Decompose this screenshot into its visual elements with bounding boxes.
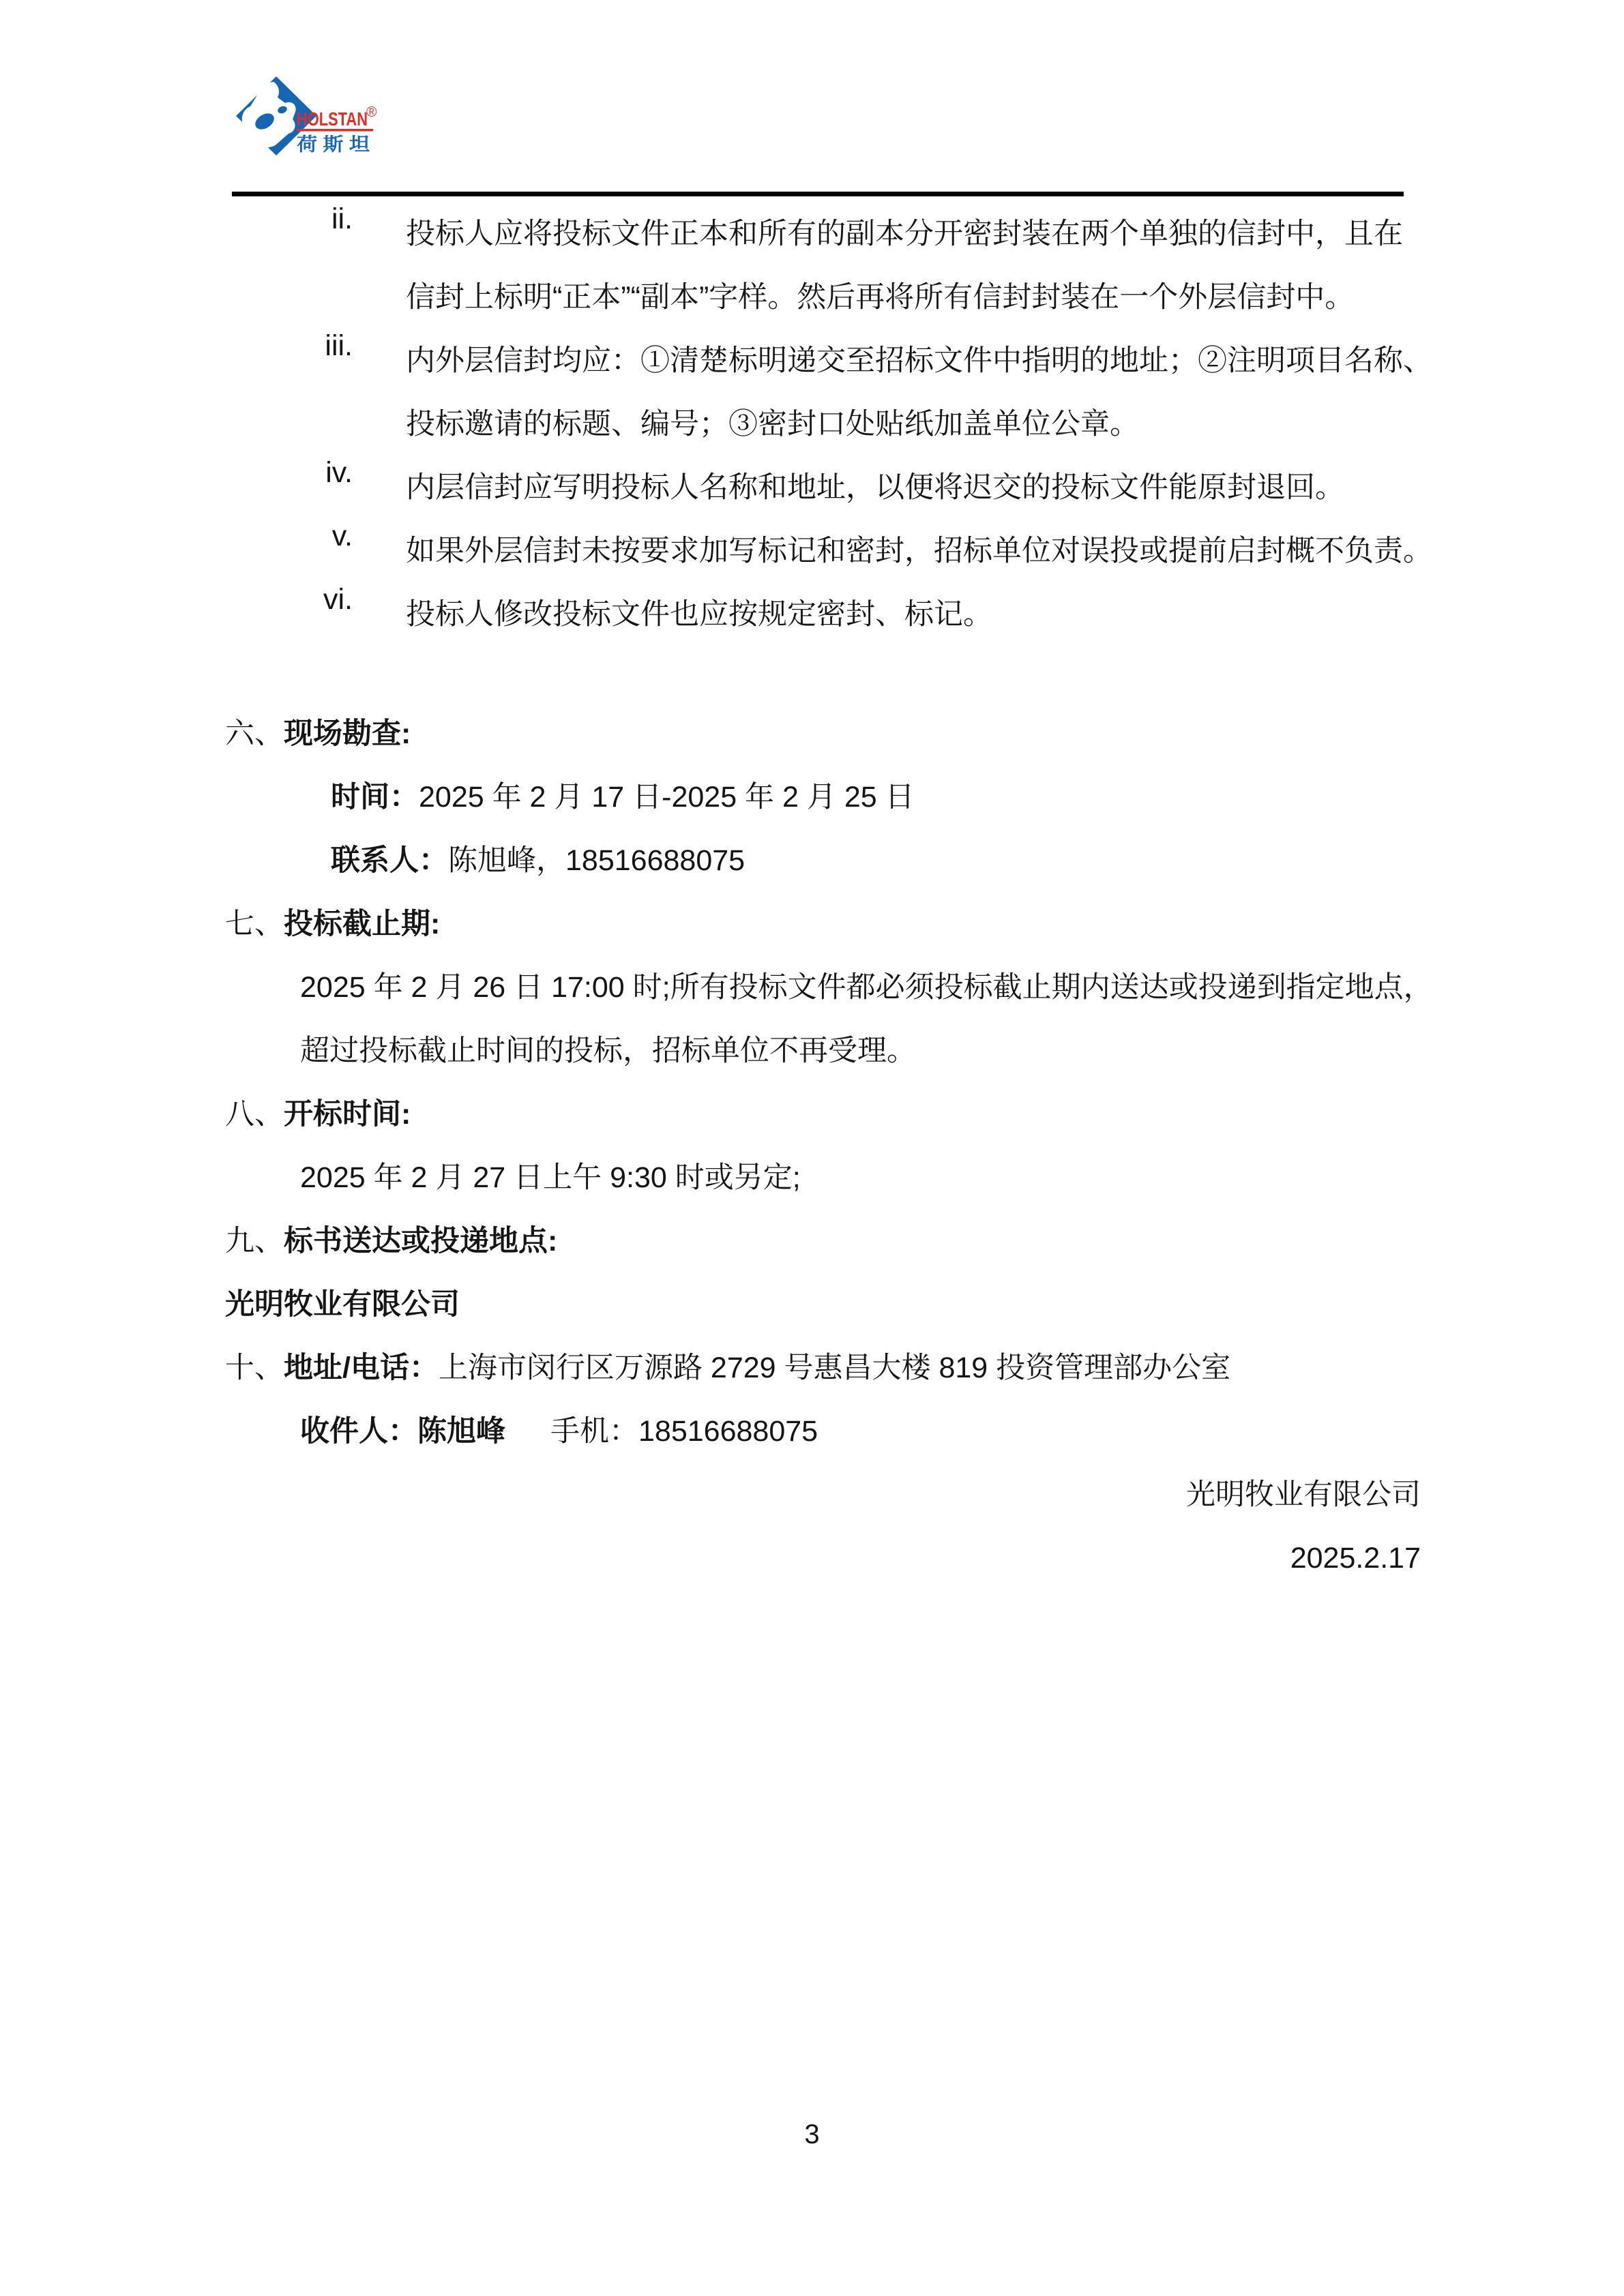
document-body: ii. 投标人应将投标文件正本和所有的副本分开密封装在两个单独的信封中，且在 信… xyxy=(225,203,1439,1590)
delivery-company-name: 光明牧业有限公司 xyxy=(225,1273,1439,1337)
list-item-text: 内外层信封均应：①清楚标明递交至招标文件中指明的地址；②注明项目名称、 xyxy=(406,329,1439,393)
list-marker: v. xyxy=(225,520,406,583)
list-marker: vi. xyxy=(225,583,406,646)
page-number: 3 xyxy=(0,2114,1624,2155)
list-marker: ii. xyxy=(225,203,406,329)
recipient-row: 收件人：陈旭峰手机：18516688075 xyxy=(225,1400,1439,1463)
list-item-text: 投标邀请的标题、编号；③密封口处贴纸加盖单位公章。 xyxy=(406,393,1439,456)
signature-company: 光明牧业有限公司 xyxy=(225,1463,1439,1527)
recipient-name: 收件人：陈旭峰 xyxy=(300,1415,505,1448)
contact-label: 联系人： xyxy=(331,844,448,877)
section-7-title: 投标截止期: xyxy=(284,908,440,940)
list-marker: iii. xyxy=(225,329,406,456)
section-8-heading: 八、开标时间: xyxy=(225,1083,1439,1146)
time-value: 2025 年 2 月 17 日-2025 年 2 月 25 日 xyxy=(419,781,915,814)
section-9-heading: 九、标书送达或投递地点: xyxy=(225,1210,1439,1273)
registered-trademark-icon: ® xyxy=(366,104,377,120)
list-item-iv: iv. 内层信封应写明投标人名称和地址，以便将迟交的投标文件能原封退回。 xyxy=(225,456,1439,520)
list-item-iii: iii. 内外层信封均应：①清楚标明递交至招标文件中指明的地址；②注明项目名称、… xyxy=(225,329,1439,456)
section-7-heading: 七、投标截止期: xyxy=(225,893,1439,956)
section-10-number: 十、 xyxy=(225,1352,284,1384)
section-6-time-row: 时间：2025 年 2 月 17 日-2025 年 2 月 25 日 xyxy=(225,766,1439,829)
holstan-logo-graphic: HOLSTAN ® 荷 斯 坦 xyxy=(231,67,394,169)
time-label: 时间： xyxy=(331,781,419,814)
list-item-text: 如果外层信封未按要求加写标记和密封，招标单位对误投或提前启封概不负责。 xyxy=(406,520,1439,583)
section-6-number: 六、 xyxy=(225,717,284,750)
brand-underline xyxy=(297,129,373,132)
brand-name-chinese: 荷 斯 坦 xyxy=(297,134,370,155)
address-label: 地址/电话： xyxy=(284,1352,439,1384)
section-7-paragraph-line: 超过投标截止时间的投标，招标单位不再受理。 xyxy=(225,1019,1439,1083)
contact-value: 陈旭峰，18516688075 xyxy=(448,844,745,877)
section-8-paragraph-line: 2025 年 2 月 27 日上午 9:30 时或另定; xyxy=(225,1146,1439,1210)
list-item-v: v. 如果外层信封未按要求加写标记和密封，招标单位对误投或提前启封概不负责。 xyxy=(225,520,1439,583)
holstan-logo: HOLSTAN ® 荷 斯 坦 xyxy=(231,67,394,169)
section-7-paragraph-line: 2025 年 2 月 26 日 17:00 时;所有投标文件都必须投标截止期内送… xyxy=(225,956,1439,1019)
list-item-text: 投标人修改投标文件也应按规定密封、标记。 xyxy=(406,583,1439,646)
spacer xyxy=(225,646,1439,702)
section-6-heading: 六、现场勘查: xyxy=(225,702,1439,766)
section-8-number: 八、 xyxy=(225,1098,284,1131)
header-divider xyxy=(232,192,1404,196)
section-7-number: 七、 xyxy=(225,908,284,940)
list-item-text: 内层信封应写明投标人名称和地址，以便将迟交的投标文件能原封退回。 xyxy=(406,456,1439,520)
list-item-vi: vi. 投标人修改投标文件也应按规定密封、标记。 xyxy=(225,583,1439,646)
signature-date: 2025.2.17 xyxy=(225,1527,1439,1590)
list-marker: iv. xyxy=(225,456,406,520)
section-8-title: 开标时间: xyxy=(284,1098,411,1131)
document-page: HOLSTAN ® 荷 斯 坦 ii. 投标人应将投标文件正本和所有的副本分开密… xyxy=(0,0,1624,2296)
section-9-number: 九、 xyxy=(225,1225,284,1257)
brand-name-text: HOLSTAN xyxy=(297,108,368,130)
list-item-text: 投标人应将投标文件正本和所有的副本分开密封装在两个单独的信封中，且在 xyxy=(406,203,1439,266)
section-6-title: 现场勘查: xyxy=(284,717,411,750)
list-item-text: 信封上标明“正本”“副本”字样。然后再将所有信封封装在一个外层信封中。 xyxy=(406,266,1439,329)
section-6-contact-row: 联系人：陈旭峰，18516688075 xyxy=(225,829,1439,893)
recipient-phone: 手机：18516688075 xyxy=(550,1415,818,1448)
address-value: 上海市闵行区万源路 2729 号惠昌大楼 819 投资管理部办公室 xyxy=(439,1352,1230,1384)
list-item-ii: ii. 投标人应将投标文件正本和所有的副本分开密封装在两个单独的信封中，且在 信… xyxy=(225,203,1439,329)
section-10-address-row: 十、地址/电话：上海市闵行区万源路 2729 号惠昌大楼 819 投资管理部办公… xyxy=(225,1337,1439,1400)
section-9-title: 标书送达或投递地点: xyxy=(284,1225,557,1257)
